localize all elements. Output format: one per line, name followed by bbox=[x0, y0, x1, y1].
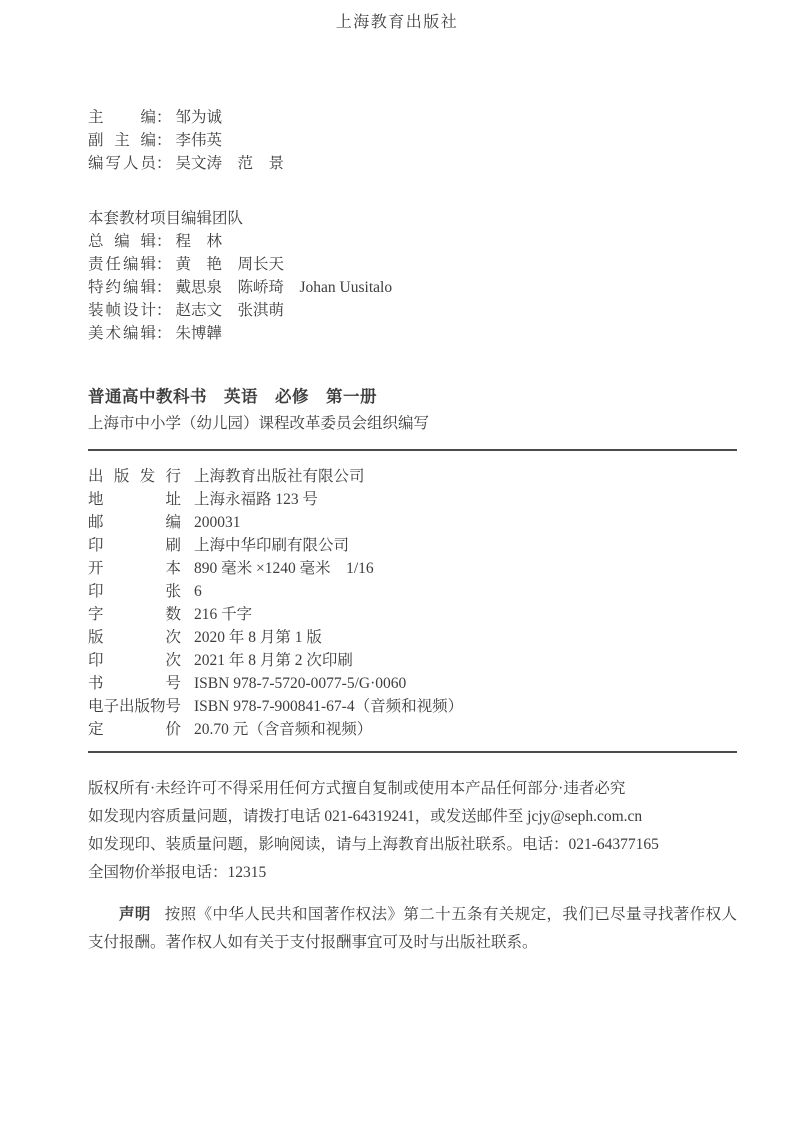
publication-row: 电子出版物号ISBN 978-7-900841-67-4（音频和视频） bbox=[88, 695, 737, 718]
publication-row: 印次2021 年 8 月第 2 次印刷 bbox=[88, 649, 737, 672]
editor-role-label: 副主编 bbox=[88, 129, 156, 152]
colon: ： bbox=[156, 233, 172, 250]
statement-label: 声明 bbox=[119, 906, 151, 923]
book-title: 普通高中教科书 英语 必修 第一册 bbox=[88, 383, 737, 410]
team-name: 黄 艳 周长天 bbox=[176, 256, 285, 273]
editor-row: 主编：邹为诚 bbox=[88, 106, 737, 129]
editor-row: 编写人员：吴文涛 范 景 bbox=[88, 152, 737, 175]
publication-value: ISBN 978-7-900841-67-4（音频和视频） bbox=[194, 698, 463, 715]
publication-row: 版次2020 年 8 月第 1 版 bbox=[88, 626, 737, 649]
team-row: 装帧设计：赵志文 张淇萌 bbox=[88, 299, 737, 322]
team-row: 总编辑：程 林 bbox=[88, 230, 737, 253]
publication-value: ISBN 978-7-5720-0077-5/G·0060 bbox=[194, 675, 406, 692]
team-row: 特约编辑：戴思泉 陈峤琦 Johan Uusitalo bbox=[88, 276, 737, 299]
publication-row: 定价20.70 元（含音频和视频） bbox=[88, 718, 737, 741]
colon: ： bbox=[156, 132, 172, 149]
publication-label: 地址 bbox=[88, 488, 181, 511]
book-subtitle: 上海市中小学（幼儿园）课程改革委员会组织编写 bbox=[88, 410, 737, 437]
team-role-label: 装帧设计 bbox=[88, 299, 156, 322]
page-content: 主编：邹为诚 副主编：李伟英 编写人员：吴文涛 范 景 本套教材项目编辑团队 总… bbox=[0, 106, 794, 957]
publication-value: 200031 bbox=[194, 514, 241, 531]
copyright-notice-line: 版权所有·未经许可不得采用任何方式擅自复制或使用本产品任何部分·违者必究 bbox=[88, 775, 737, 803]
publication-value: 20.70 元（含音频和视频） bbox=[194, 721, 372, 738]
publisher-header: 上海教育出版社 bbox=[0, 0, 794, 32]
content-quality-notice-line: 如发现内容质量问题，请拨打电话 021-64319241，或发送邮件至 jcjy… bbox=[88, 803, 737, 831]
publication-value: 216 千字 bbox=[194, 606, 252, 623]
team-role-label: 美术编辑 bbox=[88, 322, 156, 345]
team-name: 朱博韡 bbox=[176, 325, 223, 342]
team-role-label: 总编辑 bbox=[88, 230, 156, 253]
publication-label: 版次 bbox=[88, 626, 181, 649]
price-hotline-line: 全国物价举报电话：12315 bbox=[88, 859, 737, 887]
book-title-block: 普通高中教科书 英语 必修 第一册 上海市中小学（幼儿园）课程改革委员会组织编写 bbox=[88, 383, 737, 437]
statement-paragraph: 声明按照《中华人民共和国著作权法》第二十五条有关规定，我们已尽量寻找著作权人支付… bbox=[88, 901, 737, 957]
publication-row: 书号ISBN 978-7-5720-0077-5/G·0060 bbox=[88, 672, 737, 695]
team-role-label: 特约编辑 bbox=[88, 276, 156, 299]
print-quality-notice-line: 如发现印、装质量问题，影响阅读，请与上海教育出版社联系。电话：021-64377… bbox=[88, 831, 737, 859]
colophon-page: 上海教育出版社 主编：邹为诚 副主编：李伟英 编写人员：吴文涛 范 景 本套教材… bbox=[0, 0, 794, 1123]
publication-row: 开本890 毫米 ×1240 毫米 1/16 bbox=[88, 557, 737, 580]
publication-label: 出版发行 bbox=[88, 465, 181, 488]
editor-name: 邹为诚 bbox=[176, 109, 223, 126]
colon: ： bbox=[156, 302, 172, 319]
colon: ： bbox=[156, 325, 172, 342]
editor-name: 吴文涛 范 景 bbox=[176, 155, 285, 172]
publication-value: 上海永福路 123 号 bbox=[194, 491, 318, 508]
publication-label: 印次 bbox=[88, 649, 181, 672]
editor-name: 李伟英 bbox=[176, 132, 223, 149]
publication-label: 印刷 bbox=[88, 534, 181, 557]
publication-row: 字数216 千字 bbox=[88, 603, 737, 626]
team-name: 赵志文 张淇萌 bbox=[176, 302, 285, 319]
publication-label: 印张 bbox=[88, 580, 181, 603]
publication-label: 字数 bbox=[88, 603, 181, 626]
publication-row: 邮编200031 bbox=[88, 511, 737, 534]
publication-row: 出版发行上海教育出版社有限公司 bbox=[88, 465, 737, 488]
editor-role-label: 编写人员 bbox=[88, 152, 156, 175]
publication-row: 印刷上海中华印刷有限公司 bbox=[88, 534, 737, 557]
publication-label: 开本 bbox=[88, 557, 181, 580]
colon: ： bbox=[156, 155, 172, 172]
divider-rule-top bbox=[88, 449, 737, 451]
team-role-label: 责任编辑 bbox=[88, 253, 156, 276]
publication-label: 定价 bbox=[88, 718, 181, 741]
publication-value: 上海教育出版社有限公司 bbox=[194, 468, 365, 485]
team-name: 戴思泉 陈峤琦 Johan Uusitalo bbox=[176, 279, 393, 296]
editors-block: 主编：邹为诚 副主编：李伟英 编写人员：吴文涛 范 景 bbox=[88, 106, 737, 175]
notices-block: 版权所有·未经许可不得采用任何方式擅自复制或使用本产品任何部分·违者必究 如发现… bbox=[88, 775, 737, 887]
colon: ： bbox=[156, 279, 172, 296]
team-row: 责任编辑：黄 艳 周长天 bbox=[88, 253, 737, 276]
team-block: 本套教材项目编辑团队 总编辑：程 林 责任编辑：黄 艳 周长天 特约编辑：戴思泉… bbox=[88, 207, 737, 345]
publication-value: 890 毫米 ×1240 毫米 1/16 bbox=[194, 560, 374, 577]
colon: ： bbox=[156, 109, 172, 126]
publication-label: 邮编 bbox=[88, 511, 181, 534]
publication-value: 上海中华印刷有限公司 bbox=[194, 537, 349, 554]
editor-row: 副主编：李伟英 bbox=[88, 129, 737, 152]
publication-value: 2021 年 8 月第 2 次印刷 bbox=[194, 652, 353, 669]
publication-row: 地址上海永福路 123 号 bbox=[88, 488, 737, 511]
team-name: 程 林 bbox=[176, 233, 223, 250]
statement-text: 按照《中华人民共和国著作权法》第二十五条有关规定，我们已尽量寻找著作权人支付报酬… bbox=[88, 906, 737, 951]
publication-row: 印张6 bbox=[88, 580, 737, 603]
team-heading: 本套教材项目编辑团队 bbox=[88, 207, 737, 230]
team-row: 美术编辑：朱博韡 bbox=[88, 322, 737, 345]
publication-value: 6 bbox=[194, 583, 202, 600]
colon: ： bbox=[156, 256, 172, 273]
publication-label: 电子出版物号 bbox=[88, 695, 181, 718]
divider-rule-bottom bbox=[88, 751, 737, 753]
publication-value: 2020 年 8 月第 1 版 bbox=[194, 629, 322, 646]
publication-label: 书号 bbox=[88, 672, 181, 695]
editor-role-label: 主编 bbox=[88, 106, 156, 129]
publication-table: 出版发行上海教育出版社有限公司 地址上海永福路 123 号 邮编200031 印… bbox=[88, 465, 737, 741]
